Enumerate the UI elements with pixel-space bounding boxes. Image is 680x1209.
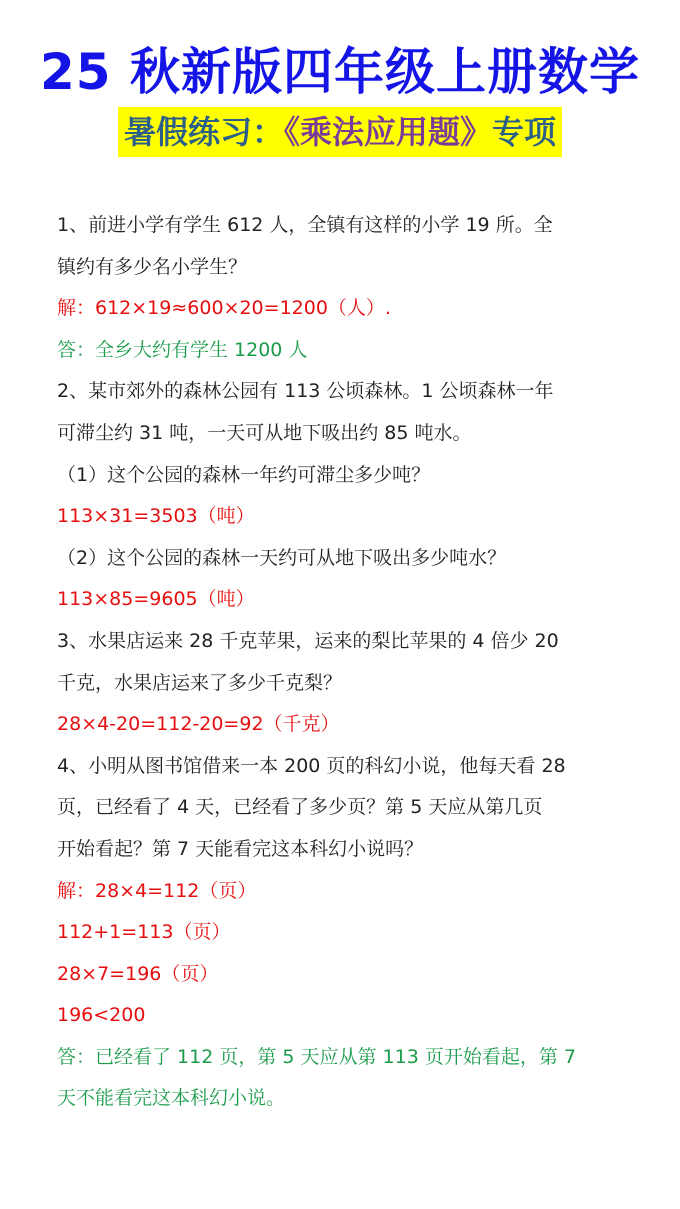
answer-text: 天不能看完这本科幻小说。 <box>57 1078 627 1120</box>
subtitle-banner: 暑假练习：《乘法应用题》专项 <box>0 107 680 157</box>
answer-text: 答：全乡大约有学生 1200 人 <box>57 330 627 372</box>
question-text: 1、前进小学有学生 612 人，全镇有这样的小学 19 所。全 <box>57 205 627 247</box>
subtitle-suffix: 专项 <box>492 113 556 151</box>
problem-list: 1、前进小学有学生 612 人，全镇有这样的小学 19 所。全 镇约有多少名小学… <box>57 205 627 1120</box>
solution-text: 113×85=9605（吨） <box>57 579 627 621</box>
solution-text: 28×4-20=112-20=92（千克） <box>57 704 627 746</box>
question-text: 4、小明从图书馆借来一本 200 页的科幻小说，他每天看 28 <box>57 746 627 788</box>
question-text: 镇约有多少名小学生？ <box>57 247 627 289</box>
solution-text: 113×31=3503（吨） <box>57 496 627 538</box>
question-text: 3、水果店运来 28 千克苹果，运来的梨比苹果的 4 倍少 20 <box>57 621 627 663</box>
subtitle-highlight: 暑假练习：《乘法应用题》专项 <box>118 107 562 157</box>
question-text: 开始看起？第 7 天能看完这本科幻小说吗？ <box>57 829 627 871</box>
solution-text: 解：28×4=112（页） <box>57 871 627 913</box>
answer-text: 答：已经看了 112 页，第 5 天应从第 113 页开始看起，第 7 <box>57 1037 627 1079</box>
solution-text: 112+1=113（页） <box>57 912 627 954</box>
solution-text: 解：612×19≈600×20=1200（人）. <box>57 288 627 330</box>
question-text: 页，已经看了 4 天，已经看了多少页？第 5 天应从第几页 <box>57 787 627 829</box>
question-text: 2、某市郊外的森林公园有 113 公顷森林。1 公顷森林一年 <box>57 371 627 413</box>
sub-question-text: （1）这个公园的森林一年约可滞尘多少吨？ <box>57 455 627 497</box>
subtitle-topic: 《乘法应用题》 <box>284 113 492 151</box>
solution-text: 196<200 <box>57 995 627 1037</box>
question-text: 千克，水果店运来了多少千克梨？ <box>57 663 627 705</box>
page-title: 25 秋新版四年级上册数学 <box>0 40 680 104</box>
sub-question-text: （2）这个公园的森林一天约可从地下吸出多少吨水？ <box>57 538 627 580</box>
solution-text: 28×7=196（页） <box>57 954 627 996</box>
question-text: 可滞尘约 31 吨，一天可从地下吸出约 85 吨水。 <box>57 413 627 455</box>
subtitle-prefix: 暑假练习： <box>124 113 284 151</box>
